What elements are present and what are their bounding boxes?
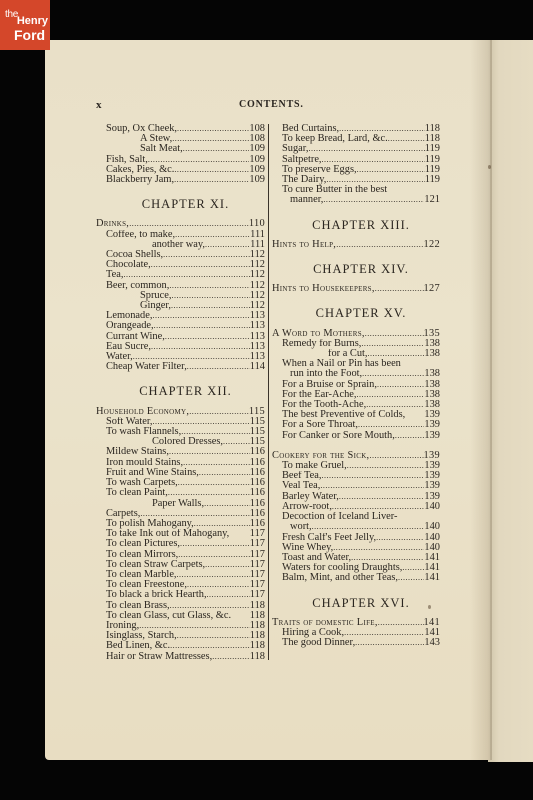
entry-title: To clean Paint, — [106, 488, 168, 498]
entry-title: Lemonade, — [106, 311, 152, 321]
entry-title: Isinglass, Starch, — [106, 631, 177, 641]
entry-page-number: 116 — [250, 488, 265, 498]
entry-page-number: 112 — [250, 260, 265, 270]
toc-entry: Wine Whey,140 — [282, 543, 440, 553]
dot-leader — [378, 618, 424, 628]
dot-leader — [154, 321, 250, 331]
dot-leader — [357, 390, 425, 400]
entry-page-number: 117 — [250, 539, 265, 549]
logo-text-ford: Ford — [14, 27, 45, 43]
entry-page-number: 113 — [250, 311, 265, 321]
entry-page-number: 118 — [425, 124, 440, 134]
dot-leader — [402, 563, 424, 573]
entry-page-number: 118 — [425, 134, 440, 144]
dot-leader — [123, 270, 249, 280]
entry-page-number: 118 — [250, 641, 265, 651]
entry-page-number: 113 — [250, 321, 265, 331]
entry-title: Hints to Housekeepers, — [272, 284, 375, 294]
toc-entry: To keep Bread, Lard, &c.118 — [282, 134, 440, 144]
entry-page-number: 140 — [424, 533, 440, 543]
page-gutter-shadow — [470, 40, 492, 760]
dot-leader — [357, 165, 425, 175]
henry-ford-logo: the Henry Ford — [0, 0, 50, 50]
dot-leader — [365, 329, 424, 339]
dot-leader — [151, 342, 250, 352]
entry-page-number: 113 — [250, 352, 265, 362]
dot-leader — [326, 175, 424, 185]
entry-page-number: 119 — [425, 165, 440, 175]
dot-leader — [169, 447, 250, 457]
entry-page-number: 117 — [250, 560, 265, 570]
entry-page-number: 138 — [424, 339, 440, 349]
dot-leader — [355, 638, 424, 648]
toc-entry: The best Preventive of Colds, 139 — [282, 410, 440, 420]
entry-title: Fish, Salt, — [106, 155, 148, 165]
dot-leader — [332, 502, 424, 512]
toc-entry: To clean Mirrors,117 — [106, 550, 265, 560]
entry-title: To black a brick Hearth, — [106, 590, 207, 600]
entry-page-number: 118 — [250, 652, 265, 662]
entry-page-number: 139 — [424, 420, 440, 430]
toc-entry: To clean Brass,118 — [106, 601, 265, 611]
toc-entry: Isinglass, Starch, 118 — [106, 631, 265, 641]
entry-page-number: 112 — [250, 270, 265, 280]
toc-entry: Hair or Straw Mattresses,118 — [106, 652, 265, 662]
chapter-heading: CHAPTER XII. — [106, 386, 265, 396]
toc-entry: Water, 113 — [106, 352, 265, 362]
dot-leader — [312, 522, 425, 532]
toc-entry: Fish, Salt,109 — [106, 155, 265, 165]
dot-leader — [321, 471, 424, 481]
toc-section-entry: Hints to Housekeepers,127 — [272, 284, 440, 294]
toc-section-entry: Household Economy,115 — [96, 407, 265, 417]
entry-title: To keep Bread, Lard, &c. — [282, 134, 388, 144]
entry-title: To clean Marble, — [106, 570, 177, 580]
toc-entry: Hiring a Cook, 141 — [282, 628, 440, 638]
entry-title: For Canker or Sore Mouth, — [282, 431, 395, 441]
entry-title: Blackberry Jam, — [106, 175, 174, 185]
toc-entry: Barley Water,139 — [282, 492, 440, 502]
toc-entry: Ginger, 112 — [106, 301, 265, 311]
toc-entry-line: To cure Butter in the best — [282, 185, 440, 195]
entry-title: Eau Sucre, — [106, 342, 151, 352]
dot-leader — [339, 492, 425, 502]
dot-leader — [323, 195, 424, 205]
entry-page-number: 112 — [250, 250, 265, 260]
toc-entry: For a Sore Throat,139 — [282, 420, 440, 430]
entry-title: another way, — [152, 240, 205, 250]
entry-title: for a Cut, — [328, 349, 368, 359]
dot-leader — [369, 451, 423, 461]
chapter-heading: CHAPTER XIV. — [282, 264, 440, 274]
entry-title: A Stew, — [140, 134, 172, 144]
chapter-heading: CHAPTER XVI. — [282, 598, 440, 608]
entry-title: To wash Flannels, — [106, 427, 181, 437]
toc-entry: Veal Tea,139 — [282, 481, 440, 491]
toc-section-entry: Hints to Help,122 — [272, 240, 440, 250]
entry-title: Saltpetre, — [282, 155, 322, 165]
dot-leader — [344, 628, 424, 638]
entry-title: wort, — [290, 522, 312, 532]
dot-leader — [398, 573, 424, 583]
entry-page-number: 139 — [424, 492, 440, 502]
dot-leader — [223, 437, 250, 447]
entry-page-number: 141 — [424, 618, 441, 628]
toc-entry: Cakes, Pies, &c. 109 — [106, 165, 265, 175]
entry-page-number: 141 — [424, 563, 440, 573]
dot-leader — [395, 431, 425, 441]
dot-leader — [388, 134, 425, 144]
entry-page-number: 143 — [424, 638, 440, 648]
entry-title: Soup, Ox Cheek, — [106, 124, 177, 134]
entry-page-number: 109 — [249, 165, 265, 175]
entry-title: Remedy for Burns, — [282, 339, 361, 349]
entry-title: Hiring a Cook, — [282, 628, 344, 638]
toc-entry: run into the Foot,138 — [282, 369, 440, 379]
toc-entry: A Stew,108 — [106, 134, 265, 144]
dot-leader — [178, 550, 250, 560]
toc-entry: Beer, common,112 — [106, 281, 265, 291]
dot-leader — [139, 621, 250, 631]
entry-page-number: 117 — [250, 590, 265, 600]
toc-entry: Ironing,118 — [106, 621, 265, 631]
dot-leader — [376, 533, 424, 543]
entry-page-number: 119 — [425, 175, 440, 185]
toc-entry: Sugar, 119 — [282, 144, 440, 154]
entry-page-number: 138 — [424, 369, 440, 379]
entry-title: Fruit and Wine Stains, — [106, 468, 199, 478]
entry-page-number: 113 — [250, 342, 265, 352]
entry-title: Water, — [106, 352, 133, 362]
entry-page-number: 117 — [250, 550, 265, 560]
toc-entry: For a Bruise or Sprain,138 — [282, 380, 440, 390]
toc-entry: To make Gruel, 139 — [282, 461, 440, 471]
entry-page-number: 115 — [250, 417, 265, 427]
entry-title: The good Dinner, — [282, 638, 355, 648]
entry-page-number: 121 — [424, 195, 440, 205]
entry-page-number: 141 — [424, 573, 440, 583]
entry-page-number: 141 — [424, 628, 440, 638]
toc-entry: Chocolate, 112 — [106, 260, 265, 270]
dot-leader — [168, 488, 250, 498]
chapter-heading: CHAPTER XIII. — [282, 220, 440, 230]
toc-entry: To preserve Eggs, 119 — [282, 165, 440, 175]
entry-page-number: 116 — [250, 499, 265, 509]
entry-page-number: 109 — [249, 155, 265, 165]
toc-entry: manner,121 — [282, 195, 440, 205]
dot-leader — [366, 400, 424, 410]
dot-leader — [177, 124, 249, 134]
dot-leader — [151, 260, 250, 270]
entry-page-number: 116 — [250, 468, 265, 478]
dot-leader — [140, 509, 249, 519]
dot-leader — [362, 369, 424, 379]
toc-entry: Waters for cooling Draughts,141 — [282, 563, 440, 573]
entry-title: Paper Walls, — [152, 499, 204, 509]
entry-page-number: 112 — [250, 291, 265, 301]
toc-section-entry: A Word to Mothers,135 — [272, 329, 440, 339]
toc-entry: To wash Flannels,115 — [106, 427, 265, 437]
entry-page-number: 117 — [250, 570, 265, 580]
entry-page-number: 140 — [424, 522, 440, 532]
dot-leader — [339, 124, 425, 134]
entry-title: Barley Water, — [282, 492, 339, 502]
entry-title: Spruce, — [140, 291, 171, 301]
toc-entry: Orangeade,113 — [106, 321, 265, 331]
entry-title: manner, — [290, 195, 323, 205]
entry-title: For a Bruise or Sprain, — [282, 380, 377, 390]
chapter-heading: CHAPTER XV. — [282, 308, 440, 318]
entry-title: Chocolate, — [106, 260, 151, 270]
entry-title: Bed Linen, &c. — [106, 641, 170, 651]
dot-leader — [171, 301, 250, 311]
entry-title: Drinks, — [96, 219, 129, 229]
entry-page-number: 112 — [250, 281, 265, 291]
toc-entry: Remedy for Burns, 138 — [282, 339, 440, 349]
entry-page-number: 127 — [424, 284, 441, 294]
entry-page-number: 138 — [424, 390, 440, 400]
dot-leader — [212, 652, 250, 662]
toc-entry: Blackberry Jam,109 — [106, 175, 265, 185]
toc-entry: another way, 111 — [106, 240, 265, 250]
entry-title: Bed Curtains, — [282, 124, 339, 134]
entry-title: To polish Mahogany, — [106, 519, 194, 529]
entry-page-number: 118 — [250, 631, 265, 641]
entry-title: Cheap Water Filter, — [106, 362, 187, 372]
dot-leader — [377, 380, 424, 390]
entry-page-number: 117 — [250, 580, 265, 590]
section-spacer — [282, 441, 440, 451]
entry-title: Currant Wine, — [106, 332, 165, 342]
toc-entry: for a Cut,138 — [282, 349, 440, 359]
dot-leader — [152, 311, 249, 321]
toc-entry-line: When a Nail or Pin has been — [282, 359, 440, 369]
entry-page-number: 116 — [250, 519, 265, 529]
dot-leader — [172, 134, 249, 144]
entry-title: Tea, — [106, 270, 123, 280]
toc-entry: To black a brick Hearth, 117 — [106, 590, 265, 600]
entry-page-number: 116 — [250, 458, 265, 468]
entry-title: The best Preventive of Colds, — [282, 410, 405, 420]
entry-page-number: 116 — [250, 478, 265, 488]
entry-title: To clean Brass, — [106, 601, 170, 611]
toc-entry: Balm, Mint, and other Teas, 141 — [282, 573, 440, 583]
entry-title: Arrow-root, — [282, 502, 332, 512]
toc-entry: Cocoa Shells, 112 — [106, 250, 265, 260]
contents-left-column: Soup, Ox Cheek, 108A Stew,108Salt Meat, … — [106, 124, 265, 662]
toc-entry: Coffee, to make,111 — [106, 230, 265, 240]
entry-title: Cookery for the Sick, — [272, 451, 369, 461]
entry-page-number: 139 — [424, 481, 440, 491]
entry-title: Orangeade, — [106, 321, 154, 331]
toc-entry: To clean Marble,117 — [106, 570, 265, 580]
toc-entry: For Canker or Sore Mouth,139 — [282, 431, 440, 441]
toc-entry: Lemonade, 113 — [106, 311, 265, 321]
toc-entry: Soft Water, 115 — [106, 417, 265, 427]
column-divider — [268, 124, 269, 660]
entry-title: To clean Glass, cut Glass, &c. — [106, 611, 231, 621]
entry-page-number: 117 — [250, 529, 265, 539]
entry-title: The Dairy, — [282, 175, 326, 185]
entry-title: Veal Tea, — [282, 481, 320, 491]
entry-page-number: 138 — [424, 400, 440, 410]
entry-title: Hair or Straw Mattresses, — [106, 652, 212, 662]
entry-title: Fresh Calf's Feet Jelly, — [282, 533, 376, 543]
toc-entry: The Dairy,119 — [282, 175, 440, 185]
toc-entry: Fruit and Wine Stains,116 — [106, 468, 265, 478]
dot-leader — [129, 219, 249, 229]
entry-page-number: 139 — [424, 471, 440, 481]
entry-title: To clean Straw Carpets, — [106, 560, 205, 570]
toc-section-entry: Traits of domestic Life,141 — [272, 618, 440, 628]
dot-leader — [174, 175, 249, 185]
entry-page-number: 139 — [424, 451, 441, 461]
entry-title: To clean Freestone, — [106, 580, 187, 590]
entry-page-number: 139 — [424, 461, 440, 471]
entry-page-number: 110 — [249, 219, 265, 229]
dot-leader — [361, 339, 424, 349]
dot-leader — [358, 420, 424, 430]
entry-title: To take Ink out of Mahogany, — [106, 529, 229, 539]
entry-page-number: 122 — [424, 240, 441, 250]
toc-entry: To clean Straw Carpets, 117 — [106, 560, 265, 570]
entry-page-number: 113 — [250, 332, 265, 342]
entry-title: Balm, Mint, and other Teas, — [282, 573, 398, 583]
toc-section-entry: Drinks, 110 — [96, 219, 265, 229]
entry-title: Mildew Stains, — [106, 447, 169, 457]
toc-entry: Currant Wine, 113 — [106, 332, 265, 342]
entry-page-number: 116 — [250, 447, 265, 457]
entry-page-number: 119 — [425, 155, 440, 165]
dot-leader — [183, 458, 250, 468]
toc-entry: To wash Carpets,116 — [106, 478, 265, 488]
dot-leader — [368, 349, 425, 359]
entry-page-number: 109 — [249, 175, 265, 185]
dot-leader — [336, 240, 423, 250]
page-number: x — [96, 99, 102, 111]
toc-entry: Paper Walls, 116 — [106, 499, 265, 509]
entry-page-number: 141 — [424, 553, 440, 563]
toc-entry: For the Ear-Ache, 138 — [282, 390, 440, 400]
toc-entry: Beef Tea,139 — [282, 471, 440, 481]
dot-leader — [133, 352, 250, 362]
dot-leader — [175, 230, 250, 240]
dot-leader — [170, 601, 250, 611]
chapter-heading: CHAPTER XI. — [106, 199, 265, 209]
toc-entry: Arrow-root, 140 — [282, 502, 440, 512]
toc-entry: wort, 140 — [282, 522, 440, 532]
dot-leader — [320, 481, 424, 491]
entry-page-number: 112 — [250, 301, 265, 311]
entry-page-number: 111 — [250, 230, 265, 240]
entry-title: To preserve Eggs, — [282, 165, 357, 175]
entry-title: Toast and Water, — [282, 553, 351, 563]
entry-title: Coffee, to make, — [106, 230, 175, 240]
toc-entry: Tea,112 — [106, 270, 265, 280]
dot-leader — [178, 478, 250, 488]
entry-title: Cakes, Pies, &c. — [106, 165, 174, 175]
dot-leader — [152, 417, 249, 427]
dot-leader — [207, 590, 250, 600]
toc-entry: Spruce, 112 — [106, 291, 265, 301]
logo-text-henry: Henry — [17, 15, 48, 27]
entry-title: Household Economy, — [96, 407, 189, 417]
entry-title: To make Gruel, — [282, 461, 347, 471]
toc-entry: Cheap Water Filter, 114 — [106, 362, 265, 372]
entry-title: Carpets, — [106, 509, 140, 519]
entry-title: To wash Carpets, — [106, 478, 178, 488]
dot-leader — [165, 332, 250, 342]
entry-page-number: 115 — [250, 427, 265, 437]
dot-leader — [171, 291, 249, 301]
entry-title: For the Ear-Ache, — [282, 390, 357, 400]
toc-entry: To take Ink out of Mahogany, 117 — [106, 529, 265, 539]
dot-leader — [187, 362, 250, 372]
entry-page-number: 135 — [424, 329, 441, 339]
entry-page-number: 116 — [250, 509, 265, 519]
toc-entry: Mildew Stains, 116 — [106, 447, 265, 457]
dot-leader — [308, 144, 424, 154]
paper-blemish — [488, 165, 491, 169]
toc-entry: For the Tooth-Ache,138 — [282, 400, 440, 410]
dot-leader — [322, 155, 425, 165]
dot-leader — [181, 427, 250, 437]
dot-leader — [183, 144, 250, 154]
entry-page-number: 108 — [249, 124, 265, 134]
toc-entry: Soup, Ox Cheek, 108 — [106, 124, 265, 134]
entry-page-number: 139 — [424, 410, 440, 420]
entry-title: Beer, common, — [106, 281, 169, 291]
entry-page-number: 118 — [250, 621, 265, 631]
entry-title: For a Sore Throat, — [282, 420, 358, 430]
entry-title: A Word to Mothers, — [272, 329, 365, 339]
toc-entry: To clean Glass, cut Glass, &c. 118 — [106, 611, 265, 621]
contents-right-column: Bed Curtains, 118To keep Bread, Lard, &c… — [282, 124, 440, 648]
entry-title: Waters for cooling Draughts, — [282, 563, 402, 573]
dot-leader — [187, 580, 250, 590]
entry-title: Beef Tea, — [282, 471, 321, 481]
dot-leader — [351, 553, 424, 563]
entry-title: run into the Foot, — [290, 369, 362, 379]
entry-page-number: 115 — [249, 407, 265, 417]
entry-title: Hints to Help, — [272, 240, 336, 250]
dot-leader — [170, 641, 250, 651]
entry-title: To clean Mirrors, — [106, 550, 178, 560]
toc-entry: Toast and Water,141 — [282, 553, 440, 563]
facing-page-edge — [488, 40, 533, 762]
entry-title: Ginger, — [140, 301, 171, 311]
dot-leader — [174, 165, 249, 175]
entry-page-number: 138 — [424, 349, 440, 359]
toc-entry: Salt Meat, 109 — [106, 144, 265, 154]
dot-leader — [347, 461, 425, 471]
toc-entry: To clean Pictures,117 — [106, 539, 265, 549]
toc-section-entry: Cookery for the Sick,139 — [272, 451, 440, 461]
toc-entry: To polish Mahogany, 116 — [106, 519, 265, 529]
entry-title: For the Tooth-Ache, — [282, 400, 366, 410]
toc-entry: Iron mould Stains, 116 — [106, 458, 265, 468]
dot-leader — [333, 543, 424, 553]
toc-entry: Carpets, 116 — [106, 509, 265, 519]
entry-page-number: 140 — [424, 502, 440, 512]
entry-title: Colored Dresses, — [152, 437, 223, 447]
toc-entry: To clean Freestone, 117 — [106, 580, 265, 590]
dot-leader — [205, 240, 250, 250]
entry-page-number: 114 — [250, 362, 265, 372]
toc-entry: Bed Linen, &c.118 — [106, 641, 265, 651]
entry-title: Salt Meat, — [140, 144, 183, 154]
dot-leader — [169, 281, 249, 291]
